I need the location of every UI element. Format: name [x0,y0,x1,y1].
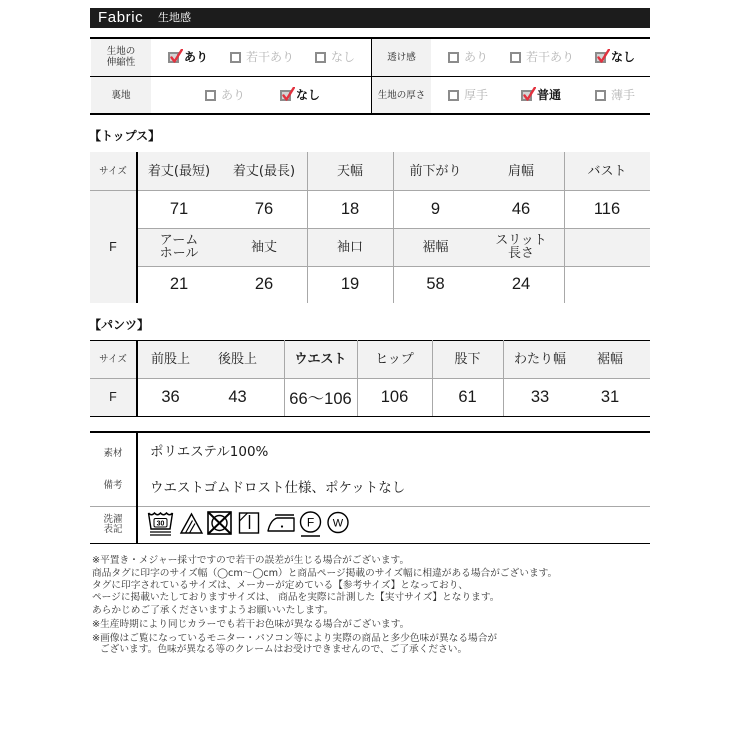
measurement-value: 71 [137,190,221,228]
measurement-value: 36 [137,378,204,416]
option-thickness-normal: 普通 [521,88,561,102]
measurement-value: 33 [503,378,577,416]
size-value: F [90,378,136,416]
measurement-value: 61 [432,378,503,416]
column-header: 袖丈 [221,228,307,266]
divider [136,432,138,543]
note-line: 商品タグに印字のサイズ幅（◯cm〜◯cm）と商品ページ掲載のサイズ幅に相違がある… [92,568,557,580]
wash-tub-30-icon: 30 [147,510,174,537]
divider [90,543,650,545]
fabric-section-header: Fabric 生地感 [90,8,650,28]
option-stretch-slight: 若干あり [230,50,294,64]
column-header: ウエスト [284,341,357,378]
divider [90,506,650,507]
checkbox-icon [230,52,241,63]
note-line: ※平置き・メジャー採寸ですので若干の誤差が生じる場合がございます。 [92,555,409,567]
measurement-value: 66〜106 [284,378,357,416]
material-label: 素材 [90,444,136,464]
checkbox-icon [168,52,179,63]
column-header: 股下 [432,341,503,378]
note-line: ございます。色味が異なる等のクレームはお受けできませんので、ご了承ください。 [92,644,467,656]
option-label: 薄手 [611,88,635,102]
option-label: なし [296,88,320,102]
iron-low-icon [266,512,296,534]
checkbox-icon [595,90,606,101]
column-header: 袖口 [307,228,393,266]
checkbox-icon [521,90,532,101]
measurement-value: 9 [393,190,478,228]
column-header: 裾幅 [577,341,643,378]
column-header: 後股上 [204,341,271,378]
dry-clean-letter: F [307,516,314,530]
checkbox-icon [205,90,216,101]
section-title-ja: 生地感 [158,11,191,25]
column-header: わたり幅 [503,341,577,378]
column-header: 裾幅 [393,228,478,266]
note-line: あらかじめご了承くださいますようお願いいたします。 [92,605,333,617]
measurement-value: 76 [221,190,307,228]
checkbox-icon [315,52,326,63]
wet-clean-letter: W [333,518,344,530]
option-stretch-none: なし [315,50,355,64]
column-header: 前股上 [137,341,204,378]
no-tumble-dry-icon [206,510,233,536]
measurement-value: 43 [204,378,271,416]
lining-label: 裏地 [91,76,151,114]
checkbox-icon [280,90,291,101]
column-header: 前下がり [393,152,478,190]
option-thickness-thin: 薄手 [595,88,635,102]
note-line: タグに印字されているサイズは、メーカーが定めている【参考サイズ】となっており、 [92,580,468,592]
checkbox-icon [510,52,521,63]
option-label: なし [331,50,355,64]
column-header: 天幅 [307,152,393,190]
wet-clean-w-icon: W [326,511,350,535]
column-header: スリット 長さ [478,228,564,266]
option-label: あり [464,50,488,64]
option-sheer-none: なし [595,50,635,64]
option-label: なし [611,50,635,64]
option-label: あり [184,50,208,64]
measurement-value: 18 [307,190,393,228]
option-label: 普通 [537,88,561,102]
option-sheer-ari: あり [448,50,488,64]
remarks-label: 備考 [90,476,136,496]
option-stretch-ari: あり [168,50,208,64]
remarks-value: ウエストゴムドロスト仕様、ポケットなし [150,480,405,496]
size-value: F [90,190,136,303]
thickness-label: 生地の厚さ [372,76,431,114]
size-header: サイズ [90,341,136,378]
column-header: アーム ホール [137,228,221,266]
bleach-triangle-icon [179,511,204,535]
measurement-value: 21 [137,266,221,303]
line-dry-shade-icon [238,511,261,535]
measurement-value: 26 [221,266,307,303]
option-thickness-thick: 厚手 [448,88,488,102]
option-label: 厚手 [464,88,488,102]
tops-title: 【トップス】 [89,129,160,143]
measurement-value: 31 [577,378,643,416]
divider [90,431,650,433]
option-label: 若干あり [526,50,574,64]
checkbox-icon [448,52,459,63]
measurement-value: 24 [478,266,564,303]
care-label: 洗濯 表記 [90,507,136,543]
pants-title: 【パンツ】 [89,318,149,332]
dry-clean-f-icon: F [298,510,323,538]
option-lining-ari: あり [205,88,245,102]
section-title-en: Fabric [98,9,143,27]
option-lining-none: なし [280,88,320,102]
measurement-value [564,266,650,303]
option-label: あり [221,88,245,102]
size-header: サイズ [90,152,136,190]
option-label: 若干あり [246,50,294,64]
measurement-value: 19 [307,266,393,303]
measurement-value: 46 [478,190,564,228]
column-header: 着丈(最短) [137,152,221,190]
column-header [564,228,650,266]
checkbox-icon [448,90,459,101]
measurement-value: 58 [393,266,478,303]
note-line: ページに掲載いたしておりますサイズは、 商品を実際に計測した【実寸サイズ】となり… [92,592,499,604]
note-line: ※生産時期により同じカラーでも若干お色味が異なる場合がございます。 [92,619,409,631]
column-header: バスト [564,152,650,190]
sheerness-label: 透け感 [372,38,431,76]
option-sheer-slight: 若干あり [510,50,574,64]
wash-temperature: 30 [157,521,165,528]
checkbox-icon [595,52,606,63]
column-header: 肩幅 [478,152,564,190]
material-value: ポリエステル100% [150,444,268,460]
stretch-label: 生地の 伸縮性 [91,38,151,76]
column-header: 着丈(最長) [221,152,307,190]
measurement-value: 106 [357,378,432,416]
measurement-value: 116 [564,190,650,228]
column-header: ヒップ [357,341,432,378]
